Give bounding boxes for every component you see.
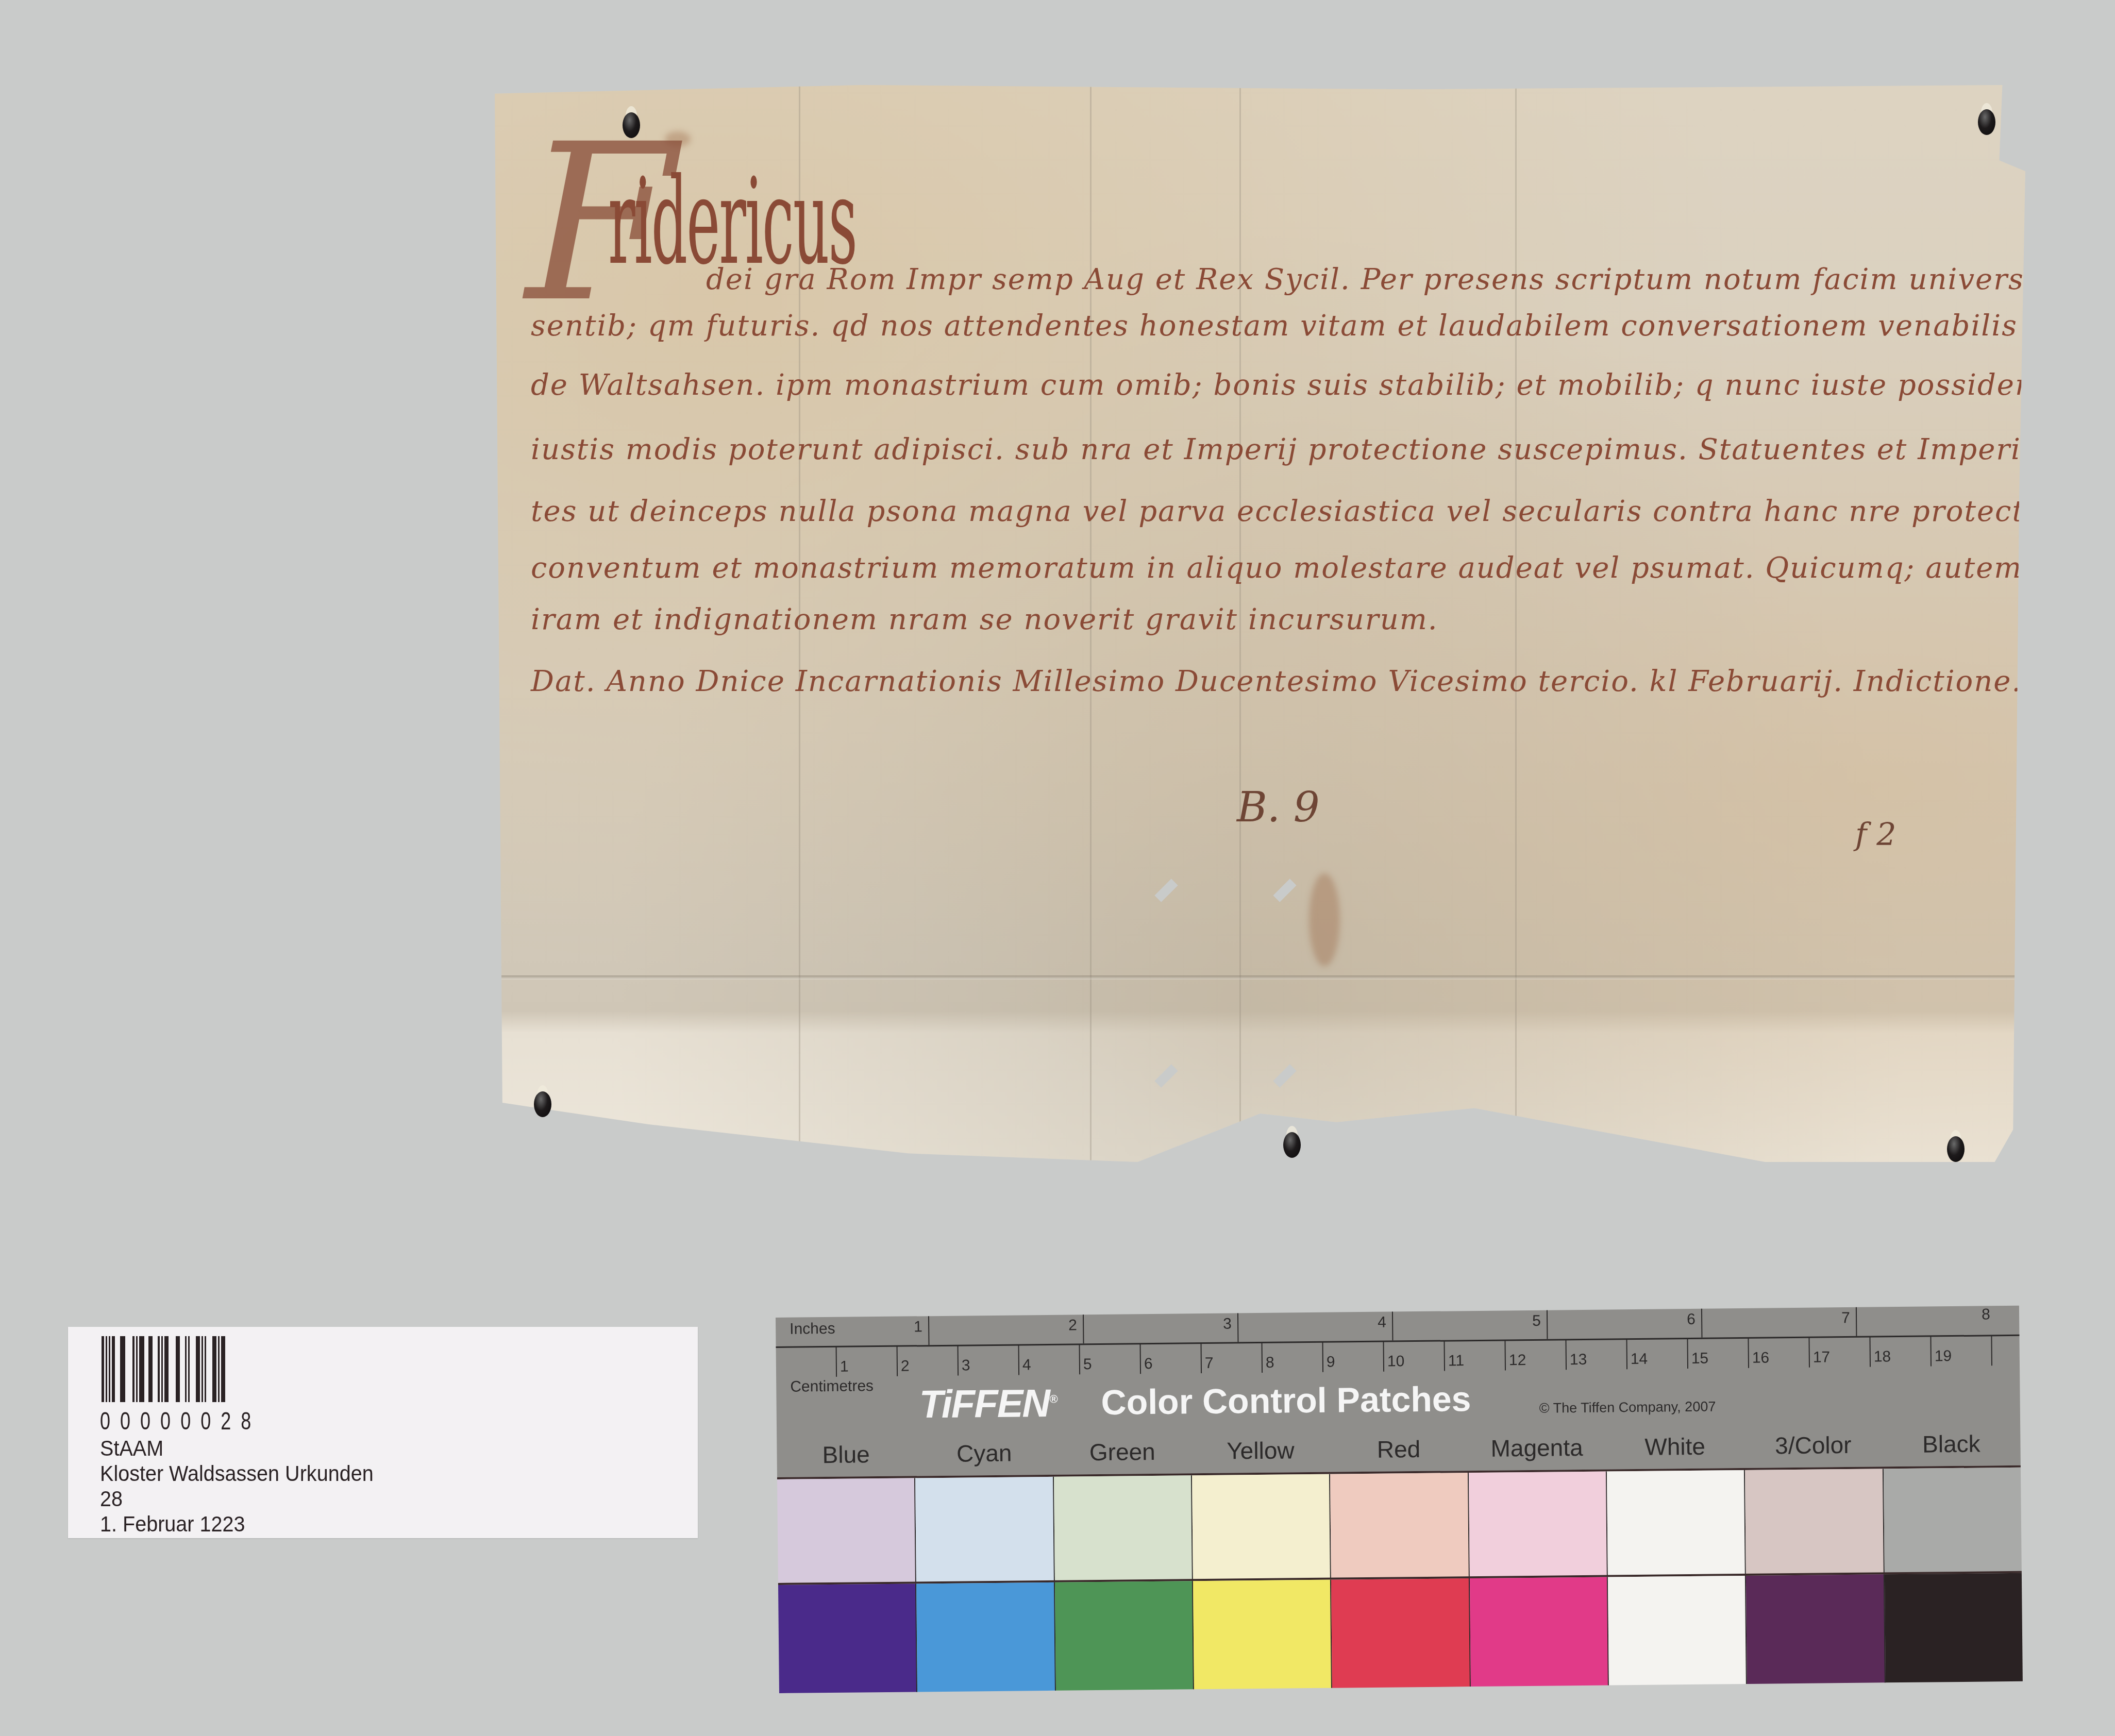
registered-mark: ® [1049,1392,1056,1405]
light-patch-row [777,1465,2022,1585]
patch-red-light [1330,1473,1469,1580]
inch-tick [1701,1309,1703,1338]
ruler-header: Inches 1 2 3 4 5 6 7 8 [776,1306,2021,1477]
patch-red-dark [1331,1578,1470,1688]
text-line-4: iustis modis poterunt adipisci. sub nra … [531,435,2115,464]
patch-name-black: Black [1882,1429,2021,1459]
cm-label: 13 [1570,1351,1587,1369]
inch-label: 1 [914,1318,922,1336]
cm-label: 6 [1144,1355,1153,1373]
cm-tick [1748,1338,1749,1368]
cm-label: 15 [1691,1350,1709,1368]
text-line-1: dei gra Rom Impr semp Aug et Rex Sycil. … [706,265,2115,294]
patch-name-magenta: Magenta [1468,1434,1606,1463]
barcode-digit: 0 [120,1406,130,1436]
patch-name-yellow: Yellow [1191,1436,1330,1465]
seal-hole [1154,1064,1178,1087]
patch-yellow-dark [1193,1580,1332,1690]
inch-tick [1547,1310,1548,1339]
text-line-6: conventum et monastrium memoratum in ali… [531,554,2115,583]
cm-label: 8 [1266,1354,1274,1372]
patch-name-white: White [1606,1432,1744,1461]
cm-tick [1322,1342,1324,1372]
patch-black-light [1884,1468,2022,1575]
dark-patch-row [778,1571,2023,1693]
inch-label: 3 [1223,1316,1232,1333]
patch-cyan-dark [916,1582,1055,1692]
mounting-pin [1947,1136,1965,1162]
cm-label: 10 [1387,1353,1405,1370]
cm-tick [1018,1345,1020,1375]
cm-tick [1201,1343,1202,1373]
cm-label: 4 [1022,1356,1031,1374]
seal-hole [1273,879,1296,902]
cm-tick [1991,1336,1992,1366]
patch-name-red: Red [1330,1435,1468,1464]
patch-white-dark [1608,1576,1747,1686]
inches-label: Inches [790,1320,835,1338]
text-line-7: iram et indignationem nram se noverit gr… [531,605,1438,634]
cm-tick [1443,1341,1445,1371]
patch-name-3color: 3/Color [1744,1430,1883,1460]
inch-label: 2 [1068,1317,1077,1334]
cm-tick [1383,1342,1385,1372]
collection-name: Kloster Waldsassen Urkunden [100,1461,374,1487]
mounting-pin [534,1091,551,1117]
patch-blue-light [777,1478,916,1585]
archive-label-card: 0 0 0 0 0 0 2 8 StAAM Kloster Waldsassen… [68,1327,698,1538]
cm-label: 1 [840,1358,849,1376]
inch-label: 6 [1687,1311,1696,1328]
inch-tick [1083,1314,1084,1343]
cm-tick [1869,1337,1871,1367]
patch-black-dark [1885,1573,2023,1683]
patch-name-cyan: Cyan [915,1439,1053,1468]
barcode-digit: 2 [221,1406,231,1436]
chart-title: Color Control Patches [1101,1379,1471,1423]
cm-tick [1504,1340,1506,1370]
cm-tick [1930,1336,1932,1366]
archive-name: StAAM [100,1436,374,1461]
barcode-digit: 0 [160,1406,171,1436]
patch-yellow-light [1192,1474,1331,1581]
text-line-5: tes ut deinceps nulla psona magna vel pa… [531,497,2115,526]
cm-label: 11 [1448,1352,1464,1370]
dating-line: Dat. Anno Dnice Incarnationis Millesimo … [531,667,2070,696]
cm-tick [1687,1339,1688,1369]
cm-label: 19 [1935,1347,1952,1365]
cm-label: 3 [962,1357,970,1374]
patch-cyan-light [915,1477,1054,1584]
patch-3color-dark [1746,1574,1885,1684]
cm-tick [1262,1343,1263,1373]
cm-tick [1140,1344,1142,1374]
patch-name-blue: Blue [777,1440,915,1469]
seal-hole [1154,879,1178,902]
stain [1309,873,1340,966]
barcode-digit: 0 [140,1406,150,1436]
barcode-digit: 0 [100,1406,110,1436]
barcode-digit: 0 [180,1406,191,1436]
patch-name-green: Green [1053,1437,1191,1467]
document-date: 1. Februar 1223 [100,1512,374,1537]
barcode-digit: 0 [200,1406,211,1436]
cm-tick [836,1347,837,1377]
inch-tick [1392,1312,1394,1341]
inch-tick [928,1316,930,1345]
cm-label: 12 [1509,1352,1526,1369]
tiffen-logo: TiFFEN® [919,1381,1057,1427]
cm-label: 14 [1631,1351,1648,1368]
cm-tick [958,1346,959,1376]
ruler-baseline [776,1335,2020,1348]
patch-magenta-light [1469,1472,1608,1579]
barcode-number: 0 0 0 0 0 0 2 8 [100,1406,251,1436]
inch-label: 8 [1982,1306,1990,1323]
cm-label: 2 [901,1358,910,1375]
patch-magenta-dark [1470,1577,1609,1687]
seal-hole [1273,1064,1296,1087]
copyright: © The Tiffen Company, 2007 [1539,1398,1716,1416]
barcode-digit: 8 [241,1406,251,1436]
mounting-pin [1283,1132,1301,1158]
cm-tick [897,1346,898,1376]
fold-line [495,975,2025,980]
inch-tick [1237,1313,1239,1342]
margin-note: f 2 [1855,817,1896,853]
cm-tick [1626,1339,1627,1369]
cm-label: 16 [1752,1349,1770,1367]
cm-tick [1079,1344,1081,1374]
parchment-charter: F ridericus dei gra Rom Impr semp Aug et… [495,85,2025,1162]
cm-label: 18 [1874,1348,1891,1366]
patch-blue-dark [778,1583,917,1693]
cm-tick [1808,1338,1810,1368]
fold-line [1515,85,1517,1162]
brand-name: TiFFEN [919,1381,1049,1426]
inch-label: 7 [1841,1309,1850,1327]
cm-tick [1565,1340,1567,1370]
inch-label: 5 [1532,1312,1541,1330]
inch-tick [1856,1307,1857,1336]
document-number: 28 [100,1487,374,1512]
cm-label: 17 [1813,1349,1831,1366]
patch-white-light [1607,1470,1746,1577]
patch-green-dark [1055,1581,1194,1691]
tiffen-color-chart: Inches 1 2 3 4 5 6 7 8 [776,1306,2023,1691]
patch-names: Blue Cyan Green Yellow Red Magenta White… [777,1429,2020,1469]
mounting-pin [623,112,640,138]
cm-label: 7 [1205,1355,1214,1372]
monogram: B. 9 [1237,783,1320,831]
text-line-3: de Waltsahsen. ipm monastrium cum omib; … [531,371,2115,400]
barcode [102,1336,225,1402]
cm-label: 9 [1327,1354,1335,1371]
patch-3color-light [1745,1469,1884,1576]
patch-green-light [1054,1475,1193,1582]
cm-label: 5 [1083,1356,1092,1373]
mounting-pin [1978,109,1995,135]
centimetres-label: Centimetres [790,1377,874,1396]
text-line-2: sentib; qm futuris. qd nos attendentes h… [531,312,2115,341]
inch-label: 4 [1378,1314,1386,1332]
